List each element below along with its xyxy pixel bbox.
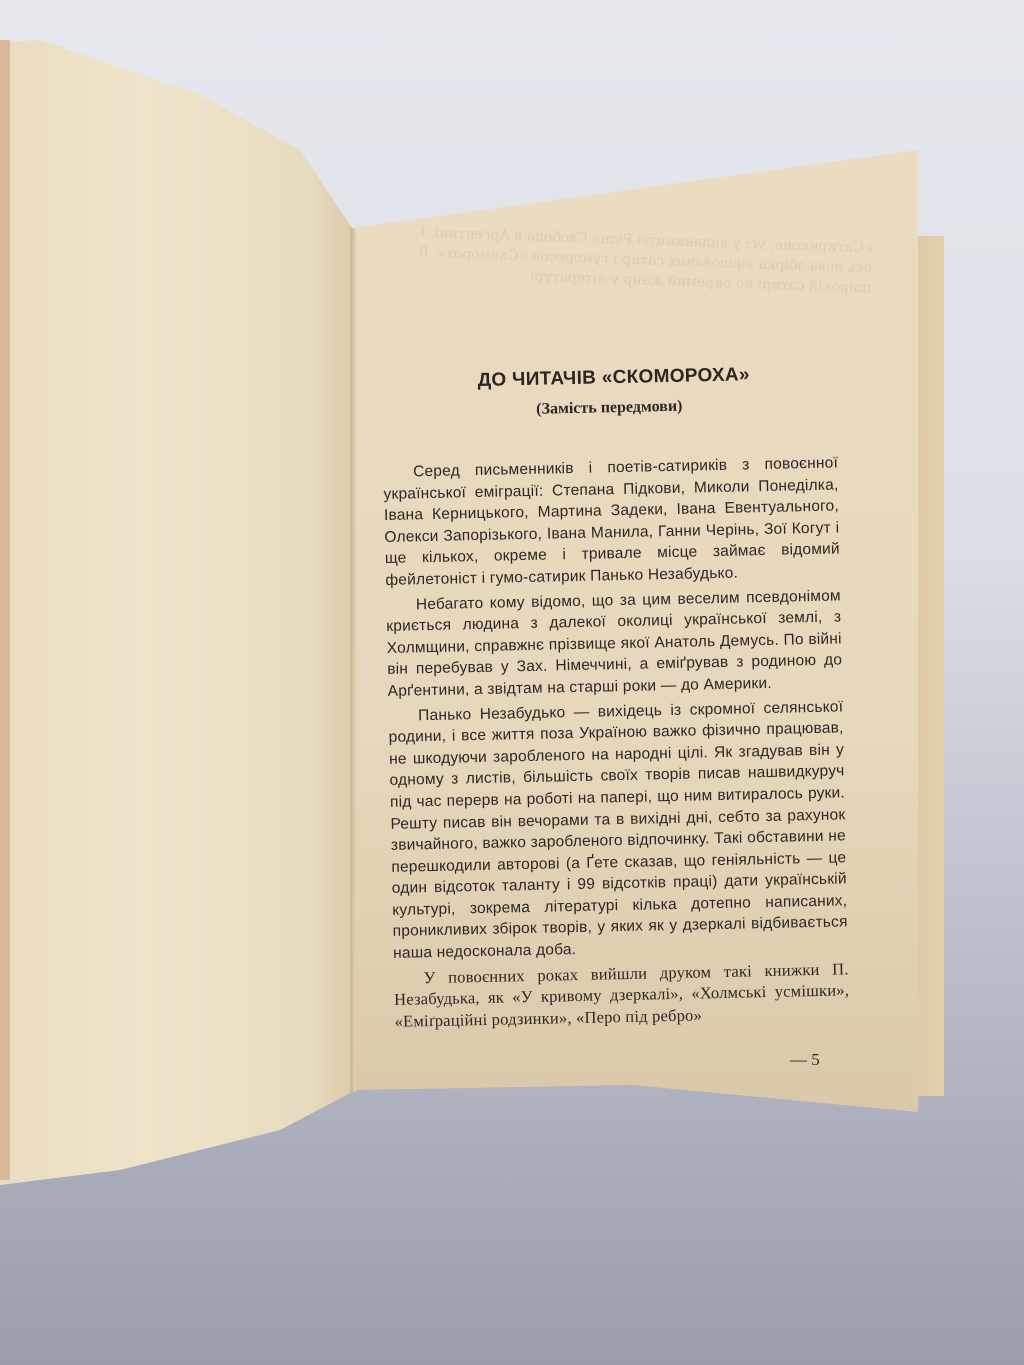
page-text: ДО ЧИТАЧІВ «СКОМОРОХА» (Замість передмов… bbox=[381, 362, 850, 1035]
paragraph: У повоєнних роках вийшли друком такі кни… bbox=[393, 958, 849, 1032]
page-number: — 5 bbox=[790, 1050, 820, 1070]
left-page-blank bbox=[0, 0, 360, 1365]
book-spine bbox=[350, 228, 356, 1092]
chapter-subtitle: (Замість передмови) bbox=[382, 394, 837, 422]
paragraph: Серед письменників і поетів-сатириків з … bbox=[383, 452, 841, 591]
paragraph: Панько Незабудько — вихідець із скромної… bbox=[388, 696, 848, 965]
paragraph: Небагато кому відомо, що за цим веселим … bbox=[386, 585, 843, 702]
left-cover-edge bbox=[0, 40, 10, 1180]
